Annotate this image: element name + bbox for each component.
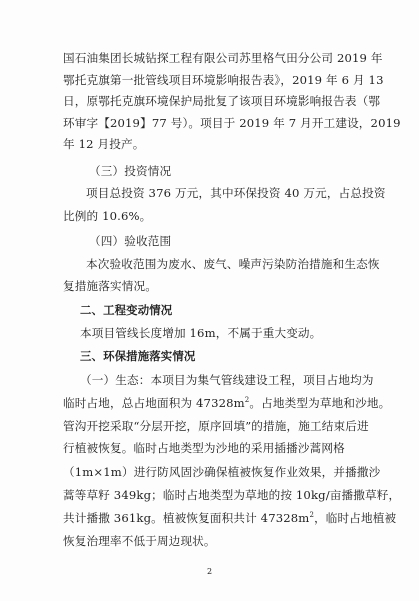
- text-run: 共计播撒 361kg。植被恢复面积共计 47328m: [63, 511, 309, 525]
- paragraph-line: （1m×1m）进行防风固沙确保植被恢复作业效果，并播撒沙: [63, 465, 373, 479]
- heading-measures: 三、环保措施落实情况: [80, 349, 390, 363]
- paragraph-line: 本次验收范围为废水、废气、噪声污染防治措施和生态恢: [86, 257, 396, 271]
- paragraph-line: 共计播撒 361kg。植被恢复面积共计 47328m2，临时占地植被: [63, 511, 373, 525]
- paragraph-line: 行植被恢复。临时占地类型为沙地的采用插播沙蒿网格: [63, 441, 373, 455]
- paragraph-line: 日，原鄂托克旗环境保护局批复了该项目环境影响报告表（鄂: [63, 94, 373, 108]
- paragraph-line: 恢复治理率不低于周边现状。: [63, 534, 373, 548]
- paragraph-line: 蒿等草籽 349kg；临时占地类型为草地的按 10kg/亩播撒草籽，: [63, 488, 373, 502]
- paragraph-line: 本项目管线长度增加 16m，不属于重大变动。: [80, 326, 390, 340]
- text-run: 。占地类型为草地和沙地。: [249, 396, 390, 410]
- page-number: 2: [0, 567, 419, 576]
- paragraph-line: 比例的 10.6%。: [63, 209, 373, 223]
- paragraph-line: 复措施落实情况。: [63, 279, 373, 293]
- paragraph-line: 项目总投资 376 万元，其中环保投资 40 万元，占总投资: [86, 186, 396, 200]
- paragraph-line: （一）生态：本项目为集气管线建设工程，项目占地均为: [80, 373, 390, 387]
- paragraph-line: 管沟开挖采取“分层开挖，原序回填”的措施，施工结束后进: [63, 419, 373, 433]
- paragraph-line: 年 12 月投产。: [63, 137, 373, 151]
- section-title-investment: （三）投资情况: [89, 164, 399, 178]
- section-title-scope: （四）验收范围: [89, 234, 399, 248]
- text-run: ，临时占地植被: [314, 511, 396, 525]
- paragraph-line: 鄂托克旗第一批管线项目环境影响报告表》，2019 年 6 月 13: [63, 73, 373, 87]
- paragraph-line: 环审字【2019】77 号）。项目于 2019 年 7 月开工建设，2019: [63, 116, 373, 130]
- heading-changes: 二、工程变动情况: [80, 303, 390, 317]
- paragraph-line: 临时占地，总占地面积为 47328m2。占地类型为草地和沙地。: [63, 396, 373, 410]
- document-page: 国石油集团长城钻探工程有限公司苏里格气田分公司 2019 年 鄂托克旗第一批管线…: [0, 0, 419, 601]
- text-run: 临时占地，总占地面积为 47328m: [63, 396, 245, 410]
- paragraph-line: 国石油集团长城钻探工程有限公司苏里格气田分公司 2019 年: [63, 51, 373, 65]
